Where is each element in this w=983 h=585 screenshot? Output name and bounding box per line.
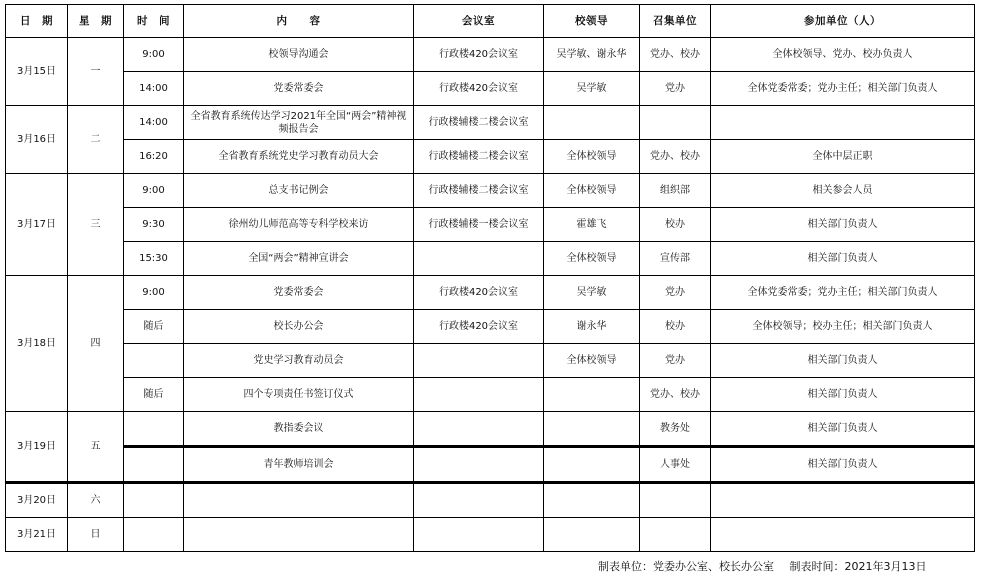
- table-row: 青年教师培训会 人事处 相关部门负责人: [6, 447, 975, 483]
- leader-cell: 全体校领导: [544, 174, 640, 208]
- attendees-cell: 相关部门负责人: [711, 208, 975, 242]
- weekly-meeting-schedule-table: 日 期 星 期 时 间 内 容 会议室 校领导 召集单位 参加单位（人） 3月1…: [5, 4, 975, 552]
- leader-cell: 吴学敏: [544, 276, 640, 310]
- weekday-cell: 四: [68, 276, 124, 412]
- convener-cell: 党办: [640, 276, 711, 310]
- weekday-cell: 三: [68, 174, 124, 276]
- attendees-cell: [711, 106, 975, 140]
- time-cell: 随后: [124, 310, 184, 344]
- content-cell: 四个专项责任书签订仪式: [184, 378, 414, 412]
- header-leader: 校领导: [544, 5, 640, 38]
- table-row: 3月17日 三 9:00 总支书记例会 行政楼辅楼二楼会议室 全体校领导 组织部…: [6, 174, 975, 208]
- content-cell: 全省教育系统党史学习教育动员大会: [184, 140, 414, 174]
- convener-cell: [640, 483, 711, 518]
- room-cell: 行政楼420会议室: [414, 72, 544, 106]
- content-cell: 党史学习教育动员会: [184, 344, 414, 378]
- room-cell: [414, 378, 544, 412]
- attendees-cell: 全体党委常委；党办主任；相关部门负责人: [711, 276, 975, 310]
- table-row: 15:30 全国“两会”精神宣讲会 全体校领导 宣传部 相关部门负责人: [6, 242, 975, 276]
- table-row: 3月18日 四 9:00 党委常委会 行政楼420会议室 吴学敏 党办 全体党委…: [6, 276, 975, 310]
- table-row: 16:20 全省教育系统党史学习教育动员大会 行政楼辅楼二楼会议室 全体校领导 …: [6, 140, 975, 174]
- time-cell: [124, 483, 184, 518]
- room-cell: 行政楼辅楼二楼会议室: [414, 140, 544, 174]
- date-cell: 3月20日: [6, 483, 68, 518]
- table-row: 随后 校长办公会 行政楼420会议室 谢永华 校办 全体校领导；校办主任；相关部…: [6, 310, 975, 344]
- table-row: 3月19日 五 教指委会议 教务处 相关部门负责人: [6, 412, 975, 447]
- date-cell: 3月18日: [6, 276, 68, 412]
- footer-unit: 制表单位：党委办公室、校长办公室: [598, 560, 774, 573]
- weekday-cell: 二: [68, 106, 124, 174]
- time-cell: [124, 447, 184, 483]
- table-row: 3月15日 一 9:00 校领导沟通会 行政楼420会议室 吴学敏、谢永华 党办…: [6, 38, 975, 72]
- convener-cell: [640, 106, 711, 140]
- leader-cell: 吴学敏、谢永华: [544, 38, 640, 72]
- convener-cell: 校办: [640, 310, 711, 344]
- weekday-cell: 日: [68, 518, 124, 552]
- header-content: 内 容: [184, 5, 414, 38]
- attendees-cell: 相关部门负责人: [711, 344, 975, 378]
- room-cell: [414, 483, 544, 518]
- leader-cell: [544, 412, 640, 447]
- leader-cell: [544, 518, 640, 552]
- leader-cell: 全体校领导: [544, 140, 640, 174]
- content-cell: [184, 518, 414, 552]
- attendees-cell: [711, 483, 975, 518]
- time-cell: 16:20: [124, 140, 184, 174]
- leader-cell: 全体校领导: [544, 242, 640, 276]
- leader-cell: 霍雄飞: [544, 208, 640, 242]
- attendees-cell: 相关部门负责人: [711, 447, 975, 483]
- leader-cell: [544, 106, 640, 140]
- leader-cell: [544, 483, 640, 518]
- content-cell: 青年教师培训会: [184, 447, 414, 483]
- header-attendees: 参加单位（人）: [711, 5, 975, 38]
- convener-cell: 组织部: [640, 174, 711, 208]
- attendees-cell: 全体党委常委；党办主任；相关部门负责人: [711, 72, 975, 106]
- content-cell: 校长办公会: [184, 310, 414, 344]
- convener-cell: 党办: [640, 344, 711, 378]
- convener-cell: 宣传部: [640, 242, 711, 276]
- convener-cell: 人事处: [640, 447, 711, 483]
- time-cell: 15:30: [124, 242, 184, 276]
- content-cell: 总支书记例会: [184, 174, 414, 208]
- leader-cell: [544, 447, 640, 483]
- room-cell: 行政楼420会议室: [414, 276, 544, 310]
- time-cell: 随后: [124, 378, 184, 412]
- convener-cell: [640, 518, 711, 552]
- time-cell: 14:00: [124, 106, 184, 140]
- convener-cell: 党办: [640, 72, 711, 106]
- room-cell: [414, 412, 544, 447]
- attendees-cell: 全体校领导；校办主任；相关部门负责人: [711, 310, 975, 344]
- weekday-cell: 一: [68, 38, 124, 106]
- content-cell: 教指委会议: [184, 412, 414, 447]
- leader-cell: [544, 378, 640, 412]
- time-cell: 9:00: [124, 276, 184, 310]
- time-cell: [124, 518, 184, 552]
- room-cell: 行政楼420会议室: [414, 310, 544, 344]
- date-cell: 3月15日: [6, 38, 68, 106]
- table-row: 3月16日 二 14:00 全省教育系统传达学习2021年全国“两会”精神视频报…: [6, 106, 975, 140]
- table-footer: 制表单位：党委办公室、校长办公室 制表时间：2021年3月13日: [598, 558, 939, 574]
- content-cell: [184, 483, 414, 518]
- header-date: 日 期: [6, 5, 68, 38]
- header-weekday: 星 期: [68, 5, 124, 38]
- time-cell: [124, 344, 184, 378]
- table-row: 9:30 徐州幼儿师范高等专科学校来访 行政楼辅楼一楼会议室 霍雄飞 校办 相关…: [6, 208, 975, 242]
- room-cell: [414, 518, 544, 552]
- table-row: 3月21日 日: [6, 518, 975, 552]
- content-cell: 徐州幼儿师范高等专科学校来访: [184, 208, 414, 242]
- attendees-cell: 全体校领导、党办、校办负责人: [711, 38, 975, 72]
- table-row: 3月20日 六: [6, 483, 975, 518]
- convener-cell: 教务处: [640, 412, 711, 447]
- weekday-cell: 五: [68, 412, 124, 483]
- attendees-cell: [711, 518, 975, 552]
- time-cell: [124, 412, 184, 447]
- time-cell: 9:00: [124, 38, 184, 72]
- content-cell: 校领导沟通会: [184, 38, 414, 72]
- content-cell: 党委常委会: [184, 276, 414, 310]
- leader-cell: 吴学敏: [544, 72, 640, 106]
- attendees-cell: 相关部门负责人: [711, 242, 975, 276]
- date-cell: 3月16日: [6, 106, 68, 174]
- room-cell: 行政楼辅楼一楼会议室: [414, 208, 544, 242]
- header-row: 日 期 星 期 时 间 内 容 会议室 校领导 召集单位 参加单位（人）: [6, 5, 975, 38]
- content-cell: 全省教育系统传达学习2021年全国“两会”精神视频报告会: [184, 106, 414, 140]
- room-cell: 行政楼辅楼二楼会议室: [414, 174, 544, 208]
- attendees-cell: 相关部门负责人: [711, 378, 975, 412]
- room-cell: [414, 447, 544, 483]
- attendees-cell: 相关部门负责人: [711, 412, 975, 447]
- header-time: 时 间: [124, 5, 184, 38]
- attendees-cell: 全体中层正职: [711, 140, 975, 174]
- attendees-cell: 相关参会人员: [711, 174, 975, 208]
- convener-cell: 校办: [640, 208, 711, 242]
- room-cell: 行政楼420会议室: [414, 38, 544, 72]
- convener-cell: 党办、校办: [640, 140, 711, 174]
- content-cell: 党委常委会: [184, 72, 414, 106]
- header-room: 会议室: [414, 5, 544, 38]
- header-convener: 召集单位: [640, 5, 711, 38]
- convener-cell: 党办、校办: [640, 378, 711, 412]
- table-row: 14:00 党委常委会 行政楼420会议室 吴学敏 党办 全体党委常委；党办主任…: [6, 72, 975, 106]
- leader-cell: 全体校领导: [544, 344, 640, 378]
- leader-cell: 谢永华: [544, 310, 640, 344]
- content-cell: 全国“两会”精神宣讲会: [184, 242, 414, 276]
- time-cell: 9:00: [124, 174, 184, 208]
- table-row: 随后 四个专项责任书签订仪式 党办、校办 相关部门负责人: [6, 378, 975, 412]
- footer-time: 制表时间：2021年3月13日: [790, 560, 927, 573]
- room-cell: 行政楼辅楼二楼会议室: [414, 106, 544, 140]
- weekday-cell: 六: [68, 483, 124, 518]
- date-cell: 3月17日: [6, 174, 68, 276]
- table-row: 党史学习教育动员会 全体校领导 党办 相关部门负责人: [6, 344, 975, 378]
- room-cell: [414, 242, 544, 276]
- date-cell: 3月21日: [6, 518, 68, 552]
- time-cell: 9:30: [124, 208, 184, 242]
- date-cell: 3月19日: [6, 412, 68, 483]
- room-cell: [414, 344, 544, 378]
- convener-cell: 党办、校办: [640, 38, 711, 72]
- time-cell: 14:00: [124, 72, 184, 106]
